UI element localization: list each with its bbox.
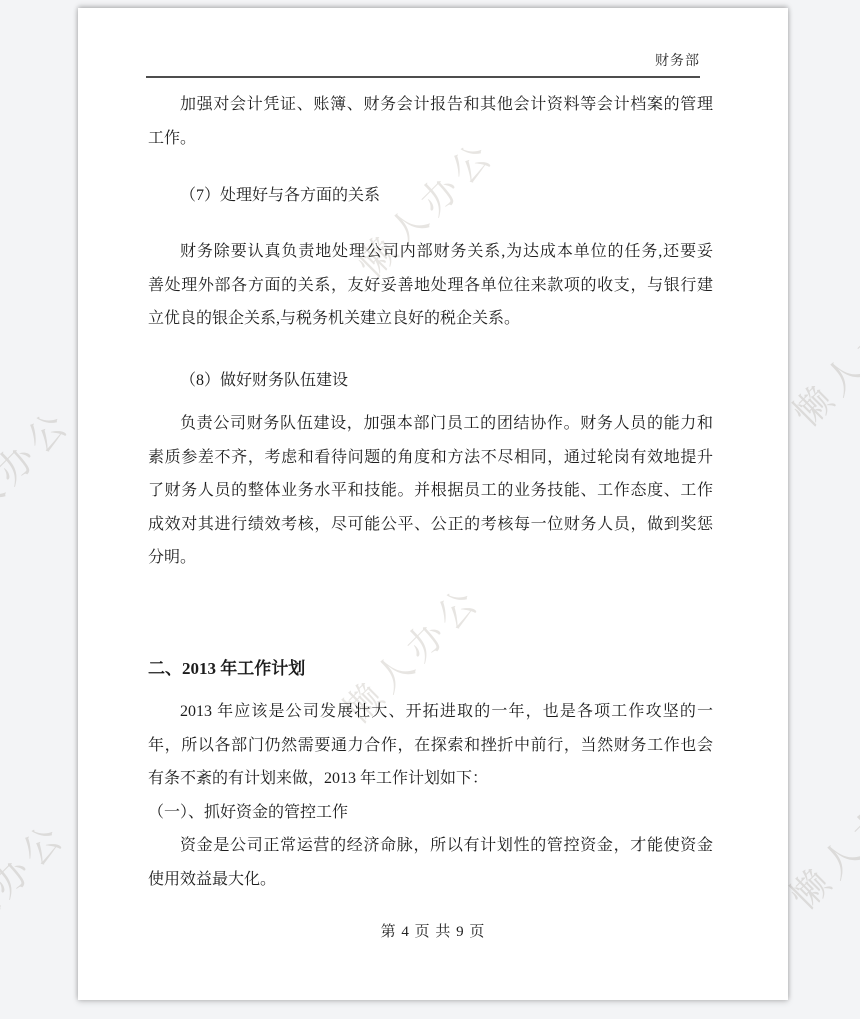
text-line: 了财务人员的整体业务水平和技能。并根据员工的业务技能、工作态度、工作 bbox=[148, 474, 713, 508]
heading-2013-work-plan: 二、2013 年工作计划 bbox=[148, 652, 713, 686]
text-line: 工作。 bbox=[148, 122, 713, 156]
heading-item-8: （8）做好财务队伍建设 bbox=[148, 364, 713, 398]
page-header: 财务部 bbox=[146, 52, 700, 78]
text-line: 善处理外部各方面的关系，友好妥善地处理各单位往来款项的收支，与银行建 bbox=[148, 269, 713, 303]
text-line: （7）处理好与各方面的关系 bbox=[148, 179, 713, 213]
para-archive-management: 加强对会计凭证、账簿、财务会计报告和其他会计资料等会计档案的管理工作。 bbox=[148, 88, 713, 155]
desktop-background: { "header": { "department_label": "财务部" … bbox=[0, 0, 860, 1019]
text-line: 财务除要认真负责地处理公司内部财务关系,为达成本单位的任务,还要妥 bbox=[148, 235, 713, 269]
text-line: 负责公司财务队伍建设，加强本部门员工的团结协作。财务人员的能力和 bbox=[148, 407, 713, 441]
para-external-relations: 财务除要认真负责地处理公司内部财务关系,为达成本单位的任务,还要妥善处理外部各方… bbox=[148, 235, 713, 336]
heading-item-7: （7）处理好与各方面的关系 bbox=[148, 179, 713, 213]
watermark: 懒人办公 bbox=[0, 394, 81, 557]
text-line: 有条不紊的有计划来做，2013 年工作计划如下： bbox=[148, 762, 713, 796]
header-department-label: 财务部 bbox=[655, 54, 700, 69]
text-line: 2013 年应该是公司发展壮大、开拓进取的一年，也是各项工作攻坚的一 bbox=[148, 695, 713, 729]
text-line: 使用效益最大化。 bbox=[148, 863, 713, 897]
text-line: （8）做好财务队伍建设 bbox=[148, 364, 713, 398]
para-team-building: 负责公司财务队伍建设，加强本部门员工的团结协作。财务人员的能力和素质参差不齐，考… bbox=[148, 407, 713, 575]
text-line: 成效对其进行绩效考核，尽可能公平、公正的考核每一位财务人员，做到奖惩 bbox=[148, 508, 713, 542]
watermark: 懒人办公 bbox=[776, 757, 860, 920]
page-number-indicator: 第 4 页 共 9 页 bbox=[381, 924, 486, 940]
text-line: 加强对会计凭证、账簿、财务会计报告和其他会计资料等会计档案的管理 bbox=[148, 88, 713, 122]
heading-item-1-funds: （一）、抓好资金的管控工作 bbox=[148, 796, 713, 830]
watermark: 懒人办公 bbox=[779, 274, 860, 437]
text-line: 二、2013 年工作计划 bbox=[148, 652, 713, 686]
document-body: 加强对会计凭证、账簿、财务会计报告和其他会计资料等会计档案的管理工作。（7）处理… bbox=[148, 88, 713, 896]
text-line: 分明。 bbox=[148, 541, 713, 575]
watermark: 懒人办公 bbox=[0, 807, 76, 970]
text-line: 素质参差不齐，考虑和看待问题的角度和方法不尽相同，通过轮岗有效地提升 bbox=[148, 441, 713, 475]
para-2013-intro: 2013 年应该是公司发展壮大、开拓进取的一年，也是各项工作攻坚的一年，所以各部… bbox=[148, 695, 713, 796]
text-line: 立优良的银企关系,与税务机关建立良好的税企关系。 bbox=[148, 302, 713, 336]
document-page: 财务部 加强对会计凭证、账簿、财务会计报告和其他会计资料等会计档案的管理工作。（… bbox=[78, 8, 788, 1000]
text-line: 资金是公司正常运营的经济命脉，所以有计划性的管控资金，才能使资金 bbox=[148, 829, 713, 863]
page-footer: 第 4 页 共 9 页 bbox=[78, 920, 788, 944]
para-funds-control: 资金是公司正常运营的经济命脉，所以有计划性的管控资金，才能使资金使用效益最大化。 bbox=[148, 829, 713, 896]
text-line: （一）、抓好资金的管控工作 bbox=[148, 796, 713, 830]
text-line: 年，所以各部门仍然需要通力合作，在探索和挫折中前行，当然财务工作也会 bbox=[148, 729, 713, 763]
